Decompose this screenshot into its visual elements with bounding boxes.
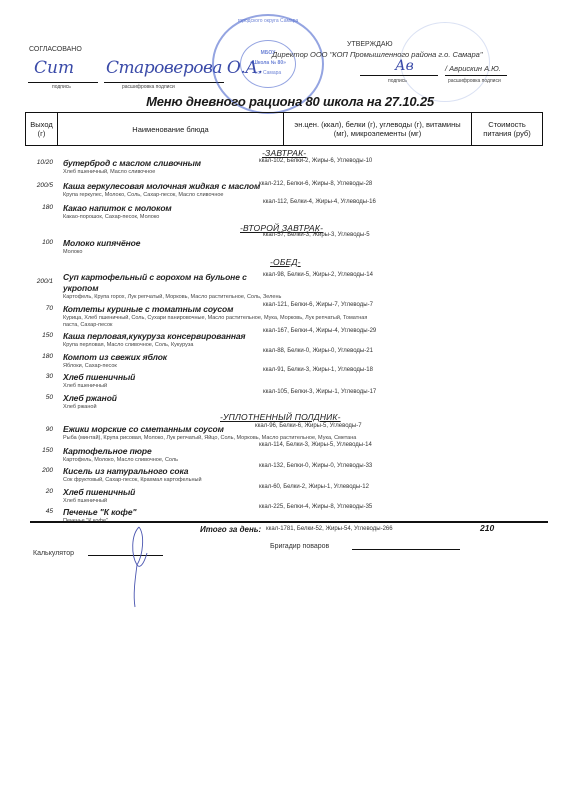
item-nutrition: ккал-212, Белки-6, Жиры-8, Углеводы-28 — [259, 181, 372, 187]
item-yield: 180 — [25, 204, 53, 211]
item-yield: 30 — [25, 373, 53, 380]
header-nutrition: эн.цен. (ккал), белки (г), углеводы (г),… — [284, 113, 472, 145]
item-nutrition: ккал-121, Белки-6, Жиры-7, Углеводы-7 — [263, 302, 373, 308]
calculator-signature — [125, 525, 155, 610]
approval-right-position: Директор ООО "КОП Промышленного района г… — [272, 50, 482, 59]
approval-left-signature: Сит — [34, 58, 74, 78]
caption-decode-right: расшифровка подписи — [448, 78, 501, 84]
item-name: Ежики морские со сметанным соусом — [63, 424, 224, 434]
item-nutrition: ккал-60, Белки-2, Жиры-1, Углеводы-12 — [259, 484, 369, 490]
totals-nutrition: ккал-1781, Белки-52, Жиры-54, Углеводы-2… — [266, 526, 393, 532]
decode-line-right — [445, 75, 507, 76]
item-name: Какао напиток с молоком — [63, 203, 172, 213]
item-nutrition: ккал-167, Белки-4, Жиры-4, Углеводы-29 — [263, 328, 376, 334]
totals-label: Итого за день: — [200, 525, 261, 534]
stamp-line2: «Школа № 80» — [244, 60, 292, 66]
approval-left-label: СОГЛАСОВАНО — [29, 46, 82, 53]
item-nutrition: ккал-96, Белки-6, Жиры-5, Углеводы-7 — [255, 423, 362, 429]
decode-line-left — [104, 82, 224, 83]
totals-cost: 210 — [480, 523, 494, 533]
item-nutrition: ккал-102, Белки-2, Жиры-6, Углеводы-10 — [259, 158, 372, 164]
item-ingredients: Крупа геркулес, Молоко, Соль, Сахар-песо… — [63, 192, 224, 198]
item-ingredients: Картофель, Крупа горох, Лук репчатый, Мо… — [63, 294, 281, 300]
signature-line-right — [360, 75, 438, 76]
item-name: Каша геркулесовая молочная жидкая с масл… — [63, 181, 260, 191]
item-yield: 150 — [25, 447, 53, 454]
item-nutrition: ккал-91, Белки-3, Жиры-1, Углеводы-18 — [263, 367, 373, 373]
caption-signature-left: подпись — [52, 84, 71, 90]
item-yield: 200/1 — [25, 278, 53, 285]
item-nutrition: ккал-132, Белки-0, Жиры-0, Углеводы-33 — [259, 463, 372, 469]
item-name: Хлеб ржаной — [63, 393, 117, 403]
item-nutrition: ккал-225, Белки-4, Жиры-8, Углеводы-35 — [259, 504, 372, 510]
item-yield: 200 — [25, 467, 53, 474]
item-name: Кисель из натурального сока — [63, 466, 188, 476]
item-ingredients: Яблоки, Сахар-песок — [63, 363, 117, 369]
item-nutrition: ккал-105, Белки-3, Жиры-1, Углеводы-17 — [263, 389, 376, 395]
signature-line-left — [28, 82, 98, 83]
item-name: Суп картофельный с горохом на бульоне с — [63, 272, 247, 282]
header-cost: Стоимость питания (руб) — [472, 113, 542, 145]
item-ingredients: Какао-порошок, Сахар-песок, Молоко — [63, 214, 159, 220]
item-name: Котлеты куриные с томатным соусом — [63, 304, 233, 314]
item-nutrition: ккал-88, Белки-0, Жиры-0, Углеводы-21 — [263, 348, 373, 354]
item-name: Хлеб пшеничный — [63, 487, 135, 497]
calculator-label: Калькулятор — [33, 550, 74, 557]
item-nutrition: ккал-112, Белки-4, Жиры-4, Углеводы-16 — [263, 199, 376, 205]
item-nutrition: ккал-57, Белки-3, Жиры-3, Углеводы-5 — [263, 232, 370, 238]
item-yield: 70 — [25, 305, 53, 312]
stamp-line3: г.о. Самара — [244, 70, 292, 76]
item-ingredients: Курица, Хлеб пшеничный, Соль, Сухари пан… — [63, 315, 367, 321]
header-dish-name: Наименование блюда — [58, 113, 284, 145]
table-header: Выход (г) Наименование блюда эн.цен. (кк… — [25, 112, 543, 146]
caption-signature-right: подпись — [388, 78, 407, 84]
item-name: бутерброд с маслом сливочным — [63, 158, 201, 168]
item-ingredients: Хлеб пшеничный — [63, 383, 107, 389]
item-ingredients: Хлеб пшеничный — [63, 498, 107, 504]
item-name: Картофельное пюре — [63, 446, 152, 456]
item-yield: 20 — [25, 488, 53, 495]
item-name: Печенье "К кофе" — [63, 507, 136, 517]
item-name: Каша перловая,кукуруза консервированная — [63, 331, 245, 341]
item-ingredients: Картофель, Молоко, Масло сливочное, Соль — [63, 457, 178, 463]
item-yield: 50 — [25, 394, 53, 401]
section-title-lunch: -ОБЕД- — [270, 257, 301, 267]
approval-right-signature: Ав — [395, 58, 414, 74]
item-ingredients: Крупа перловая, Масло сливочное, Соль, К… — [63, 342, 193, 348]
section-title-breakfast: -ЗАВТРАК- — [262, 148, 306, 158]
item-name-continued: укропом — [63, 283, 98, 293]
item-ingredients: Сок фруктовый, Сахар-песок, Крахмал карт… — [63, 477, 202, 483]
section-title-afternoon-snack: -УПЛОТНЕННЫЙ ПОЛДНИК- — [220, 412, 341, 422]
item-name: Молоко кипячёное — [63, 238, 140, 248]
item-yield: 180 — [25, 353, 53, 360]
header-yield: Выход (г) — [26, 113, 58, 145]
item-yield: 45 — [25, 508, 53, 515]
item-ingredients: Рыба (минтай), Крупа рисовая, Молоко, Лу… — [63, 435, 356, 441]
caption-decode-left: расшифровка подписи — [122, 84, 175, 90]
approval-right-name: / Аврискин А.Ю. — [445, 64, 501, 73]
item-yield: 100 — [25, 239, 53, 246]
item-yield: 200/5 — [25, 182, 53, 189]
chef-label: Бригадир поваров — [270, 543, 329, 550]
stamp-outer-text: городского округа Самара — [224, 18, 312, 24]
item-ingredients: Хлеб ржаной — [63, 404, 97, 410]
item-yield: 150 — [25, 332, 53, 339]
page-title: Меню дневного рациона 80 школа на 27.10.… — [120, 94, 460, 109]
item-yield: 90 — [25, 426, 53, 433]
item-ingredients-continued: паста, Сахар-песок — [63, 322, 112, 328]
item-ingredients: Хлеб пшеничный, Масло сливочное — [63, 169, 155, 175]
item-yield: 10/20 — [25, 159, 53, 166]
item-ingredients: Молоко — [63, 249, 82, 255]
item-name: Хлеб пшеничный — [63, 372, 135, 382]
totals-divider — [30, 521, 548, 523]
approval-right-label: УТВЕРЖДАЮ — [347, 41, 393, 48]
chef-signature-line — [352, 549, 460, 550]
item-name: Компот из свежих яблок — [63, 352, 167, 362]
item-nutrition: ккал-114, Белки-3, Жиры-5, Углеводы-14 — [259, 442, 372, 448]
item-nutrition: ккал-98, Белки-5, Жиры-2, Углеводы-14 — [263, 272, 373, 278]
